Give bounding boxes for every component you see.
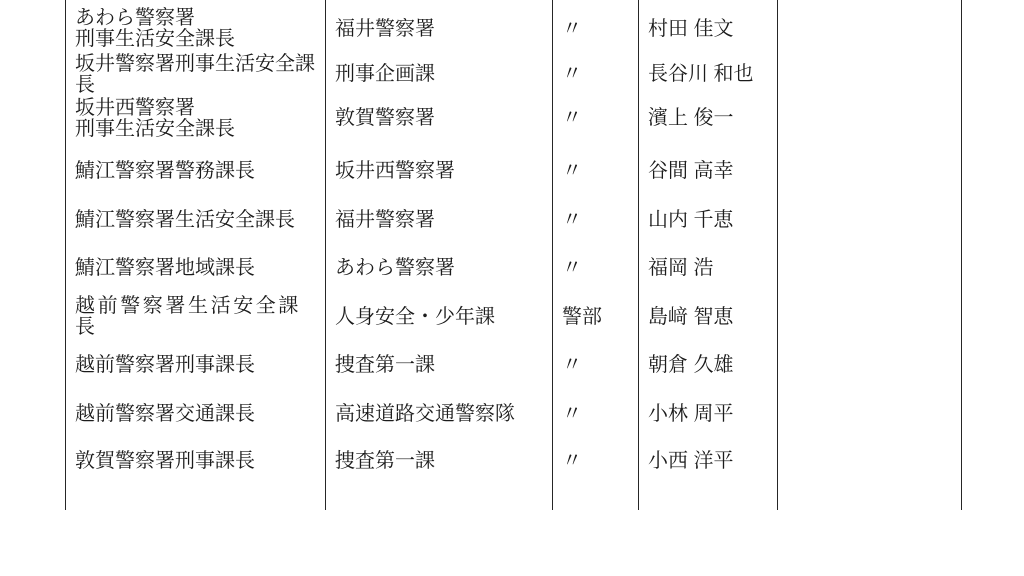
- cell-former-post: 鯖江警察署生活安全課長: [65, 196, 325, 244]
- cell-blank: [777, 58, 962, 91]
- cell-name: 小林 周平: [638, 390, 777, 438]
- cell-blank: [777, 438, 962, 485]
- table-row: 鯖江警察署生活安全課長 福井警察署 〃 山内 千恵: [65, 196, 962, 244]
- cell-blank: [638, 485, 777, 510]
- cell-blank: [777, 146, 962, 196]
- cell-new-assignment: 福井警察署: [325, 196, 552, 244]
- cell-new-assignment: 刑事企画課: [325, 58, 552, 91]
- cell-blank: [777, 244, 962, 293]
- cell-name: 福岡 浩: [638, 244, 777, 293]
- cell-rank: 〃: [552, 244, 638, 293]
- cell-rank: 〃: [552, 196, 638, 244]
- cell-blank: [777, 293, 962, 341]
- table-row: 敦賀警察署刑事課長 捜査第一課 〃 小西 洋平: [65, 438, 962, 485]
- cell-blank: [777, 390, 962, 438]
- cell-name: 谷間 高幸: [638, 146, 777, 196]
- cell-name: 村田 佳文: [638, 0, 777, 58]
- cell-blank: [777, 341, 962, 390]
- cell-rank: 〃: [552, 91, 638, 146]
- table-row: 越前警察署刑事課長 捜査第一課 〃 朝倉 久雄: [65, 341, 962, 390]
- cell-new-assignment: 福井警察署: [325, 0, 552, 58]
- cell-rank: 〃: [552, 58, 638, 91]
- cell-name: 島﨑 智恵: [638, 293, 777, 341]
- cell-name: 朝倉 久雄: [638, 341, 777, 390]
- cell-new-assignment: 坂井西警察署: [325, 146, 552, 196]
- table-row: 坂井警察署刑事生活安全課長 刑事企画課 〃 長谷川 和也: [65, 58, 962, 91]
- cell-blank: [325, 485, 552, 510]
- cell-blank: [777, 485, 962, 510]
- cell-new-assignment: 人身安全・少年課: [325, 293, 552, 341]
- cell-new-assignment: 高速道路交通警察隊: [325, 390, 552, 438]
- cell-blank: [65, 485, 325, 510]
- cell-former-post: 鯖江警察署警務課長: [65, 146, 325, 196]
- cell-blank: [552, 485, 638, 510]
- cell-former-post: 坂井警察署刑事生活安全課長: [65, 58, 325, 91]
- cell-rank: 〃: [552, 146, 638, 196]
- cell-rank: 警部: [552, 293, 638, 341]
- cell-former-post: 越前警察署生活安全課長: [65, 293, 325, 341]
- cell-new-assignment: 捜査第一課: [325, 341, 552, 390]
- cell-blank: [777, 196, 962, 244]
- cell-blank: [777, 91, 962, 146]
- cell-former-post: 敦賀警察署刑事課長: [65, 438, 325, 485]
- cell-new-assignment: あわら警察署: [325, 244, 552, 293]
- cell-rank: 〃: [552, 341, 638, 390]
- cell-former-post: 鯖江警察署地域課長: [65, 244, 325, 293]
- table-row: 越前警察署生活安全課長 人身安全・少年課 警部 島﨑 智恵: [65, 293, 962, 341]
- cell-former-post: 越前警察署交通課長: [65, 390, 325, 438]
- table-row: 越前警察署交通課長 高速道路交通警察隊 〃 小林 周平: [65, 390, 962, 438]
- cell-rank: 〃: [552, 438, 638, 485]
- table-row: あわら警察署 刑事生活安全課長 福井警察署 〃 村田 佳文: [65, 0, 962, 58]
- cell-name: 山内 千恵: [638, 196, 777, 244]
- table-row: 鯖江警察署警務課長 坂井西警察署 〃 谷間 高幸: [65, 146, 962, 196]
- personnel-table: あわら警察署 刑事生活安全課長 福井警察署 〃 村田 佳文 坂井警察署刑事生活安…: [65, 0, 962, 510]
- scanned-document-page: あわら警察署 刑事生活安全課長 福井警察署 〃 村田 佳文 坂井警察署刑事生活安…: [0, 0, 1024, 576]
- cell-name: 長谷川 和也: [638, 58, 777, 91]
- cell-former-post: 越前警察署刑事課長: [65, 341, 325, 390]
- cell-rank: 〃: [552, 0, 638, 58]
- table-row: 坂井西警察署 刑事生活安全課長 敦賀警察署 〃 濱上 俊一: [65, 91, 962, 146]
- cell-former-post: 坂井西警察署 刑事生活安全課長: [65, 91, 325, 146]
- table-row-empty: [65, 485, 962, 510]
- cell-rank: 〃: [552, 390, 638, 438]
- cell-new-assignment: 敦賀警察署: [325, 91, 552, 146]
- cell-name: 濱上 俊一: [638, 91, 777, 146]
- cell-blank: [777, 0, 962, 58]
- cell-new-assignment: 捜査第一課: [325, 438, 552, 485]
- table-row: 鯖江警察署地域課長 あわら警察署 〃 福岡 浩: [65, 244, 962, 293]
- cell-name: 小西 洋平: [638, 438, 777, 485]
- cell-former-post: あわら警察署 刑事生活安全課長: [65, 0, 325, 58]
